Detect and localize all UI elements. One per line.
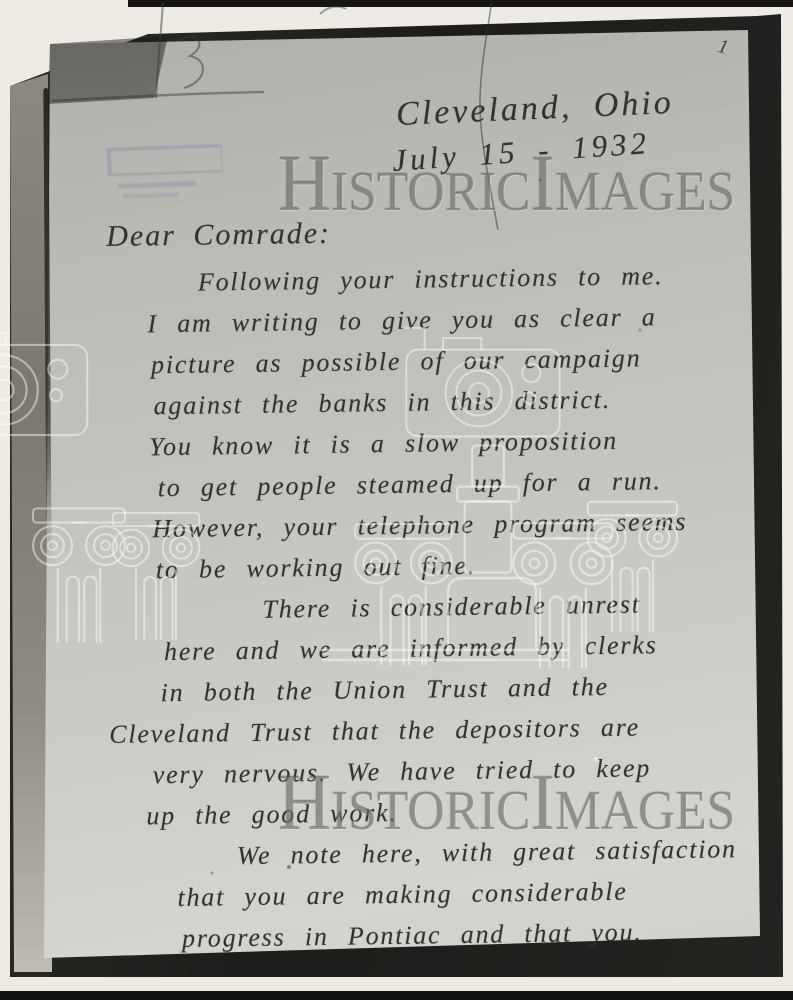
faint-ink-stamp	[107, 144, 232, 222]
scan-edge-top	[128, 0, 793, 7]
stamp-text-smudge	[122, 193, 178, 199]
letter-lines: Following your instructions to me.I am w…	[101, 254, 781, 960]
stamp-box	[107, 144, 223, 176]
press-photo-of-letter: 1 Cleveland, Ohio July 15 - 1932 Dear Co…	[0, 0, 793, 1000]
scan-edge-bottom	[0, 991, 793, 1000]
historicimages-watermark: HistoricImages	[278, 763, 735, 843]
stamp-text-smudge	[118, 181, 196, 189]
historicimages-watermark: HistoricImages	[278, 144, 735, 224]
letter-body: Dear Comrade: Following your instruction…	[100, 210, 780, 960]
